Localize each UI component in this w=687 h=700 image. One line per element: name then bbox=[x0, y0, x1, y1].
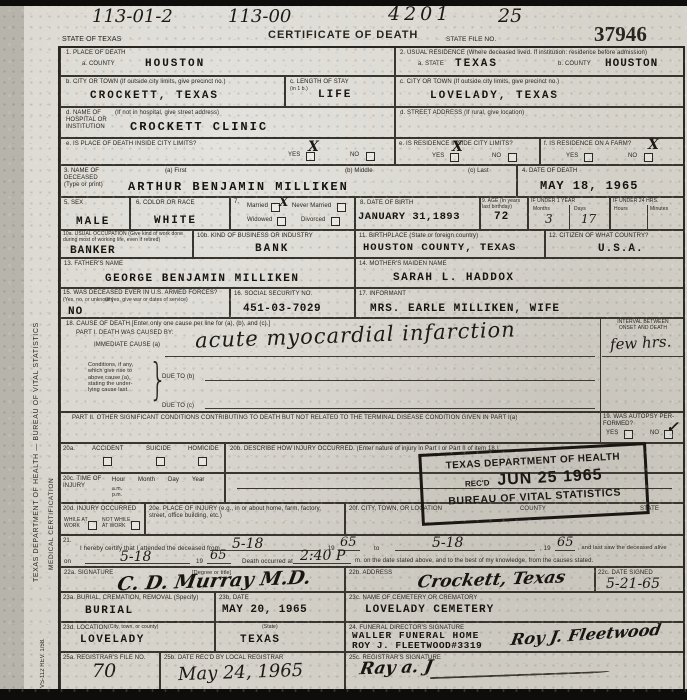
cemetery-value: LOVELADY CEMETERY bbox=[365, 604, 494, 616]
certify-19-b: , 19 bbox=[540, 545, 551, 552]
day-label: Day bbox=[168, 477, 179, 484]
informant-label: 17. INFORMANT bbox=[359, 291, 406, 298]
mother-name-label: 14. MOTHER'S MAIDEN NAME bbox=[359, 261, 447, 268]
autopsy-yes-checkbox bbox=[624, 430, 633, 439]
under-24-hrs-label: IF UNDER 24 HRS. bbox=[613, 199, 659, 205]
date-of-death-value: MAY 18, 1965 bbox=[540, 180, 638, 193]
margin-form-code: VS-112 REV. 1/58. bbox=[40, 598, 46, 688]
residence-city-value: LOVELADY, TEXAS bbox=[430, 90, 559, 102]
certify-19-c: 19 bbox=[196, 558, 203, 565]
county-label: a. COUNTY bbox=[82, 61, 115, 68]
cemetery-label: 23c. NAME OF CEMETERY OR CREMATORY bbox=[349, 595, 478, 602]
item-21-label: 21. bbox=[63, 538, 72, 545]
injury-occurred-label: 20d. INJURY OCCURRED bbox=[63, 506, 145, 513]
residence-inside-city-yes-mark: X bbox=[452, 140, 463, 154]
residence-state-value: TEXAS bbox=[455, 58, 498, 70]
industry-label: 10b. KIND OF BUSINESS OR INDUSTRY bbox=[197, 233, 313, 240]
hospital-label: d. NAME OF HOSPITAL OR INSTITUTION bbox=[66, 110, 107, 131]
residence-on-farm-no-mark: X bbox=[648, 138, 659, 152]
residence-on-farm-label: f. IS RESIDENCE ON A FARM? bbox=[544, 141, 682, 148]
interval-line bbox=[602, 356, 683, 357]
marital-married-mark: X bbox=[279, 196, 288, 208]
margin-medical-certification-text: MEDICAL CERTIFICATION bbox=[48, 415, 55, 570]
certify-text-3: Death occurred at bbox=[242, 558, 293, 565]
state-of-texas-label: STATE OF TEXAS bbox=[62, 36, 121, 44]
industry-value: BANK bbox=[255, 243, 289, 255]
registrar-file-no-value: 70 bbox=[92, 662, 116, 681]
burial-location-label: 23d. LOCATION bbox=[63, 625, 108, 632]
due-to-c-label: DUE TO (c) bbox=[162, 403, 194, 410]
birthplace-label: 11. BIRTHPLACE (State or foreign country… bbox=[359, 233, 478, 240]
burial-date-value: MAY 20, 1965 bbox=[222, 604, 307, 616]
marital-widowed-checkbox bbox=[277, 217, 286, 226]
attended-to-year: 65 bbox=[557, 536, 574, 549]
registrar-signature: Ray a. J bbox=[358, 659, 434, 679]
name-of-deceased-label: 3. NAME OF DECEASED (Type or print) bbox=[64, 168, 103, 189]
date-signed-value: 5-21-65 bbox=[606, 577, 660, 591]
residence-on-farm-no: NO bbox=[628, 153, 637, 160]
marital-widowed-label: Widowed bbox=[247, 217, 272, 224]
state-file-number: 37946 bbox=[594, 22, 647, 46]
certify-text-4: m. on the date stated above, and to the … bbox=[355, 558, 685, 565]
suicide-checkbox bbox=[156, 457, 165, 466]
received-stamp: TEXAS DEPARTMENT OF HEALTH REC'DJUN 25 1… bbox=[418, 442, 649, 526]
handwritten-code-3: 4201 bbox=[388, 5, 452, 24]
months-value: 3 bbox=[545, 213, 553, 225]
certify-text-2: , and last saw the deceased alive bbox=[578, 545, 682, 552]
age-label: 9. AGE (In years last birthday) bbox=[482, 199, 520, 211]
death-time-value: 2:40 P bbox=[300, 549, 345, 563]
death-inside-city-yes-mark: X bbox=[308, 140, 319, 154]
hour-label: Hour bbox=[112, 477, 125, 484]
residence-on-farm-yes-checkbox bbox=[584, 153, 593, 162]
handwritten-code-2: 113-00 bbox=[228, 8, 291, 26]
street-address-label: d. STREET ADDRESS (If rural, give locati… bbox=[400, 110, 680, 117]
sex-label: 5. SEX bbox=[64, 200, 83, 207]
scan-edge-top bbox=[0, 0, 687, 6]
citizen-value: U.S.A. bbox=[598, 243, 644, 255]
attended-to-date: 5-18 bbox=[432, 536, 463, 550]
under-1-year-divider bbox=[569, 205, 570, 230]
autopsy-no-mark: ✓ bbox=[666, 420, 679, 435]
part1-label: PART I. DEATH WAS CAUSED BY: bbox=[76, 330, 174, 337]
residence-inside-city-yes: YES bbox=[432, 153, 444, 160]
am-pm-label: a.m. p.m. bbox=[112, 487, 122, 499]
residence-on-farm-yes: YES bbox=[566, 153, 578, 160]
armed-forces-sub2: (If yes, give war or dates of service) bbox=[105, 298, 225, 304]
date-of-death-label: 4. DATE OF DEATH bbox=[522, 168, 577, 175]
marital-label: 7. bbox=[234, 199, 239, 206]
last-alive-date: 5-18 bbox=[120, 550, 151, 564]
month-label: Month bbox=[138, 477, 155, 484]
armed-forces-label: 15. WAS DECEASED EVER IN U.S. ARMED FORC… bbox=[63, 290, 228, 297]
burial-date-label: 23b. DATE bbox=[219, 595, 249, 602]
date-received-value: May 24, 1965 bbox=[178, 662, 304, 684]
marital-never-married-label: Never Married bbox=[292, 203, 331, 210]
interval-label: INTERVAL BETWEEN ONSET AND DEATH bbox=[604, 320, 682, 332]
marital-never-married-checkbox bbox=[337, 203, 346, 212]
marital-divorced-checkbox bbox=[331, 217, 340, 226]
certify-on: on bbox=[64, 558, 71, 565]
not-while-at-work-label: NOT WHILE AT WORK bbox=[102, 518, 131, 530]
residence-state-label: a. STATE bbox=[418, 61, 444, 68]
marital-married-label: Married bbox=[247, 203, 268, 210]
immediate-cause-label: IMMEDIATE CAUSE (a) bbox=[94, 342, 160, 349]
time-of-injury-label: 20c. TIME OF INJURY bbox=[63, 476, 101, 490]
item-20a-label: 20a. bbox=[63, 446, 75, 453]
place-of-death-label: 1. PLACE OF DEATH bbox=[66, 50, 126, 57]
mother-name-value: SARAH L. HADDOX bbox=[393, 272, 515, 284]
ssn-value: 451-03-7029 bbox=[243, 303, 321, 315]
homicide-label: HOMICIDE bbox=[188, 446, 219, 453]
death-inside-city-no: NO bbox=[350, 152, 359, 159]
last-alive-year: 65 bbox=[210, 549, 227, 562]
suicide-label: SUICIDE bbox=[146, 446, 171, 453]
while-at-work-label: WHILE AT WORK bbox=[64, 518, 88, 530]
age-value: 72 bbox=[494, 211, 509, 223]
name-last-label: (c) Last bbox=[468, 168, 489, 175]
alive-year-line bbox=[207, 563, 231, 564]
state-file-no-label: STATE FILE NO. bbox=[446, 36, 496, 43]
birthplace-value: HOUSTON COUNTY, TEXAS bbox=[363, 243, 516, 255]
sex-value: MALE bbox=[76, 216, 110, 228]
accident-label: ACCIDENT bbox=[92, 446, 123, 453]
death-inside-city-label: e. IS PLACE OF DEATH INSIDE CITY LIMITS? bbox=[66, 141, 196, 148]
handwritten-code-1: 113-01-2 bbox=[92, 8, 173, 26]
burial-value: BURIAL bbox=[85, 605, 134, 617]
residence-inside-city-no: NO bbox=[492, 153, 501, 160]
occupation-value: BANKER bbox=[70, 245, 116, 257]
handwritten-code-4: 25 bbox=[498, 7, 522, 26]
autopsy-column-divider bbox=[600, 412, 601, 443]
father-name-value: GEORGE BENJAMIN MILLIKEN bbox=[105, 273, 299, 285]
county-value: HOUSTON bbox=[145, 58, 205, 70]
place-of-injury-label: 20e. PLACE OF INJURY (e.g., in or about … bbox=[149, 506, 344, 520]
length-of-stay-label: c. LENGTH OF STAY bbox=[290, 79, 349, 86]
signature-label: 22a. SIGNATURE bbox=[64, 570, 113, 577]
burial-state-label: (State) bbox=[262, 625, 278, 631]
name-of-deceased-value: ARTHUR BENJAMIN MILLIKEN bbox=[128, 181, 349, 194]
burial-location-value: LOVELADY bbox=[80, 634, 145, 646]
citizen-label: 12. CITIZEN OF WHAT COUNTRY? bbox=[549, 233, 648, 240]
interval-column-divider bbox=[600, 318, 601, 412]
residence-on-farm-no-checkbox bbox=[644, 153, 653, 162]
residence-county-label: b. COUNTY bbox=[558, 61, 591, 68]
under-1-year-label: IF UNDER 1 YEAR bbox=[531, 199, 575, 205]
under-24-hrs-divider bbox=[647, 205, 648, 230]
due-to-b-label: DUE TO (b) bbox=[162, 374, 194, 381]
attended-to-line bbox=[395, 550, 535, 551]
part2-label: PART II. OTHER SIGNIFICANT CONDITIONS CO… bbox=[72, 415, 592, 422]
father-name-label: 13. FATHER'S NAME bbox=[64, 261, 123, 268]
city-of-death-value: CROCKETT, TEXAS bbox=[90, 90, 219, 102]
margin-department-text: TEXAS DEPARTMENT OF HEALTH — BUREAU OF V… bbox=[33, 112, 40, 582]
name-middle-label: (b) Middle bbox=[345, 168, 373, 175]
immediate-cause-line bbox=[165, 356, 595, 357]
to-year-line bbox=[555, 550, 575, 551]
stamp-recd-label: REC'D bbox=[465, 478, 490, 488]
autopsy-yes: YES bbox=[606, 430, 618, 437]
burial-state-value: TEXAS bbox=[240, 634, 281, 646]
date-of-birth-label: 8. DATE OF BIRTH bbox=[360, 200, 413, 207]
minutes-label: Minutes bbox=[650, 207, 668, 213]
city-of-death-label: b. CITY OR TOWN (If outside city limits,… bbox=[66, 79, 281, 86]
due-to-b-line bbox=[205, 380, 595, 381]
interval-value: few hrs. bbox=[610, 334, 672, 352]
date-of-birth-value: JANUARY 31,1893 bbox=[358, 212, 460, 224]
while-at-work-checkbox bbox=[88, 521, 97, 530]
length-of-stay-value: LIFE bbox=[318, 89, 352, 101]
year-label: Year bbox=[192, 477, 205, 484]
attended-from-date: 5-18 bbox=[232, 537, 263, 551]
usual-residence-label: 2. USUAL RESIDENCE (Where deceased lived… bbox=[400, 50, 680, 57]
address-label: 22b. ADDRESS bbox=[349, 570, 392, 577]
ssn-label: 16. SOCIAL SECURITY NO. bbox=[234, 291, 312, 298]
scan-edge-bottom bbox=[0, 689, 687, 700]
name-first-label: (a) First bbox=[165, 168, 187, 175]
residence-county-value: HOUSTON bbox=[605, 58, 658, 70]
autopsy-no: NO bbox=[650, 430, 659, 437]
burial-label: 23a. BURIAL, CREMATION, REMOVAL (Specify… bbox=[63, 595, 213, 602]
residence-city-label: c. CITY OR TOWN (If outside city limits,… bbox=[400, 79, 680, 86]
hours-label: Hours bbox=[614, 207, 628, 213]
conditions-label: Conditions, if any, which give rise to a… bbox=[88, 362, 148, 394]
days-value: 17 bbox=[581, 213, 596, 225]
funeral-director-value: ROY J. FLEETWOOD#3319 bbox=[352, 641, 482, 651]
not-while-at-work-checkbox bbox=[131, 521, 140, 530]
homicide-checkbox bbox=[198, 457, 207, 466]
length-of-stay-sub: (in 1 b.) bbox=[290, 87, 308, 93]
armed-forces-value: NO bbox=[68, 306, 83, 318]
occupation-label: 10a. USUAL OCCUPATION (Give kind of work… bbox=[63, 232, 193, 244]
residence-inside-city-label: e. IS RESIDENCE INSIDE CITY LIMITS? bbox=[399, 141, 539, 148]
death-inside-city-yes: YES bbox=[288, 152, 300, 159]
certificate-title: CERTIFICATE OF DEATH bbox=[268, 29, 418, 42]
informant-value: MRS. EARLE MILLIKEN, WIFE bbox=[370, 303, 560, 315]
race-label: 6. COLOR OR RACE bbox=[136, 200, 195, 207]
hospital-value: CROCKETT CLINIC bbox=[130, 121, 268, 134]
certify-to: to bbox=[374, 545, 379, 552]
accident-checkbox bbox=[103, 457, 112, 466]
stamp-date: JUN 25 1965 bbox=[497, 466, 603, 488]
residence-inside-city-no-checkbox bbox=[508, 153, 517, 162]
burial-location-sub: (City, town, or county) bbox=[108, 625, 159, 631]
race-value: WHITE bbox=[154, 215, 197, 227]
death-inside-city-no-checkbox bbox=[366, 152, 375, 161]
marital-divorced-label: Divorced bbox=[301, 217, 325, 224]
due-to-c-line bbox=[205, 408, 595, 409]
hospital-sub-label: (If not in hospital, give street address… bbox=[115, 110, 219, 117]
